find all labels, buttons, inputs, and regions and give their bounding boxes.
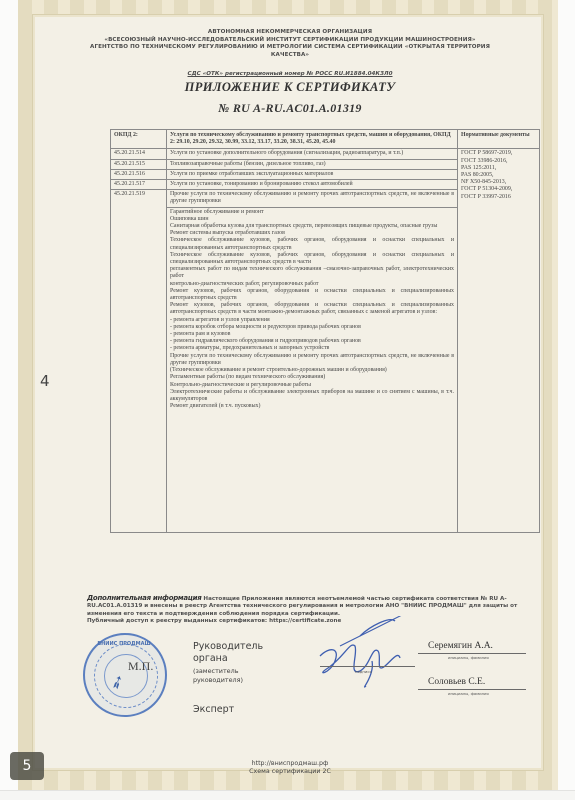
header-code: ОКПД 2:: [111, 130, 167, 149]
row-code: 45.20.21.516: [111, 169, 167, 179]
service-detail-line: Прочие услуги по техническому обслуживан…: [170, 353, 454, 367]
normative-docs-cell: ГОСТ Р 58697-2019, ГОСТ 33986-2016, PAS …: [458, 149, 540, 532]
service-detail-line: Ремонт кузовов, рабочих органов, оборудо…: [170, 302, 454, 316]
service-detail-line: Электротехнические работы и обслуживание…: [170, 389, 454, 403]
row-service: Услуги по установке дополнительного обор…: [167, 149, 458, 159]
services-table: ОКПД 2: Услуги по техническому обслужива…: [110, 129, 540, 533]
signature-line: [320, 666, 415, 667]
service-detail-line: - ремонта агрегатов и узлов управления: [170, 317, 454, 324]
service-detail-line: - ремонта арматуры, предохранительных и …: [170, 345, 454, 352]
footer: http://вниспродмаш.рф Схема сертификации…: [160, 760, 420, 776]
org-line: КАЧЕСТВА»: [90, 52, 490, 60]
service-detail-line: Гарантийное обслуживание и ремонт: [170, 209, 454, 216]
service-detail-line: Ремонт кузовов, рабочих органов, оборудо…: [170, 288, 454, 302]
expert-role-label: Эксперт: [193, 704, 234, 715]
row-code: 45.20.21.514: [111, 149, 167, 159]
row-code: 45.20.21.517: [111, 180, 167, 190]
footer-scheme: Схема сертификации 2С: [160, 768, 420, 776]
head-name: Серемягин А.А.: [428, 641, 493, 651]
service-detail-line: Ошиповка шин: [170, 216, 454, 223]
page-number-badge: 5: [10, 752, 44, 780]
service-detail-line: регламентных работ по видам технического…: [170, 266, 454, 280]
service-detail-line: Техническое обслуживание кузовов, рабочи…: [170, 237, 454, 251]
side-page-number: 4: [40, 372, 50, 390]
deputy-note: (заместитель руководителя): [193, 667, 253, 684]
document-title: ПРИЛОЖЕНИЕ К СЕРТИФИКАТУ: [90, 80, 490, 95]
normative-doc: ГОСТ 33986-2016,: [461, 158, 536, 165]
header-service: Услуги по техническому обслуживанию и ре…: [167, 130, 458, 149]
stamp-mark: М.П.: [128, 659, 153, 674]
normative-doc: NF X50-845-2013,: [461, 179, 536, 186]
head-name-line: [418, 653, 526, 654]
head-role-label: Руководитель органа: [193, 641, 263, 665]
normative-doc: ГОСТ Р 33997-2016: [461, 194, 536, 201]
organization-header: АВТОНОМНАЯ НЕКОММЕРЧЕСКАЯ ОРГАНИЗАЦИЯ «В…: [90, 29, 490, 60]
certificate-number: № RU A-RU.AC01.A.01319: [90, 101, 490, 116]
org-line: АГЕНТСТВО ПО ТЕХНИЧЕСКОМУ РЕГУЛИРОВАНИЮ …: [90, 44, 490, 52]
stamp-org-text: ВНИИС ПРОДМАШ: [94, 641, 154, 647]
service-detail-line: Регламентные работы (по видам техническо…: [170, 374, 454, 381]
service-detail-line: контрольно-диагностических работ, регули…: [170, 281, 454, 288]
expert-name-line: [418, 689, 526, 690]
signature-caption: подпись: [355, 669, 372, 674]
service-detail-line: - ремонта коробок отбора мощности и реду…: [170, 324, 454, 331]
table-row: 45.20.21.514 Услуги по установке дополни…: [111, 149, 540, 159]
additional-info-label: Дополнительная информация: [87, 594, 201, 602]
service-detail-line: Контрольно-диагностические и регулировоч…: [170, 382, 454, 389]
normative-doc: ГОСТ Р 51304-2009,: [461, 186, 536, 193]
service-detail-line: Техническое обслуживание кузовов, рабочи…: [170, 252, 454, 266]
registration-number: СДС «ОТК» регистрационный номер № РОСС R…: [90, 71, 490, 77]
table-header-row: ОКПД 2: Услуги по техническому обслужива…: [111, 130, 540, 149]
normative-doc: PAS 125:2011,: [461, 165, 536, 172]
service-details-cell: Гарантийное обслуживание и ремонтОшиповк…: [167, 207, 458, 532]
row-service: Услуги по установке, тонированию и брони…: [167, 180, 458, 190]
row-service: Топливозаправочные работы (бензин, дизел…: [167, 159, 458, 169]
normative-doc: ГОСТ Р 58697-2019,: [461, 150, 536, 157]
service-detail-line: Ремонт двигателей (в т.ч. пусковых): [170, 403, 454, 410]
next-page-edge: [0, 790, 575, 800]
org-line: АВТОНОМНАЯ НЕКОММЕРЧЕСКАЯ ОРГАНИЗАЦИЯ: [90, 29, 490, 37]
row-code: 45.20.21.519: [111, 190, 167, 532]
row-service: Прочие услуги по техническому обслуживан…: [167, 190, 458, 207]
row-code: 45.20.21.515: [111, 159, 167, 169]
org-line: «ВСЕСОЮЗНЫЙ НАУЧНО-ИССЛЕДОВАТЕЛЬСКИЙ ИНС…: [90, 37, 490, 45]
header-docs: Нормативные документы: [458, 130, 540, 149]
head-name-caption: инициалы, фамилия: [448, 655, 489, 660]
normative-doc: PAS 80:2005,: [461, 172, 536, 179]
expert-name-caption: инициалы, фамилия: [448, 691, 489, 696]
footer-url[interactable]: http://вниспродмаш.рф: [160, 760, 420, 768]
expert-name: Соловьев С.Е.: [428, 677, 485, 687]
signature-icon: [300, 616, 430, 696]
row-service: Услуги по приемке отработавших эксплуата…: [167, 169, 458, 179]
